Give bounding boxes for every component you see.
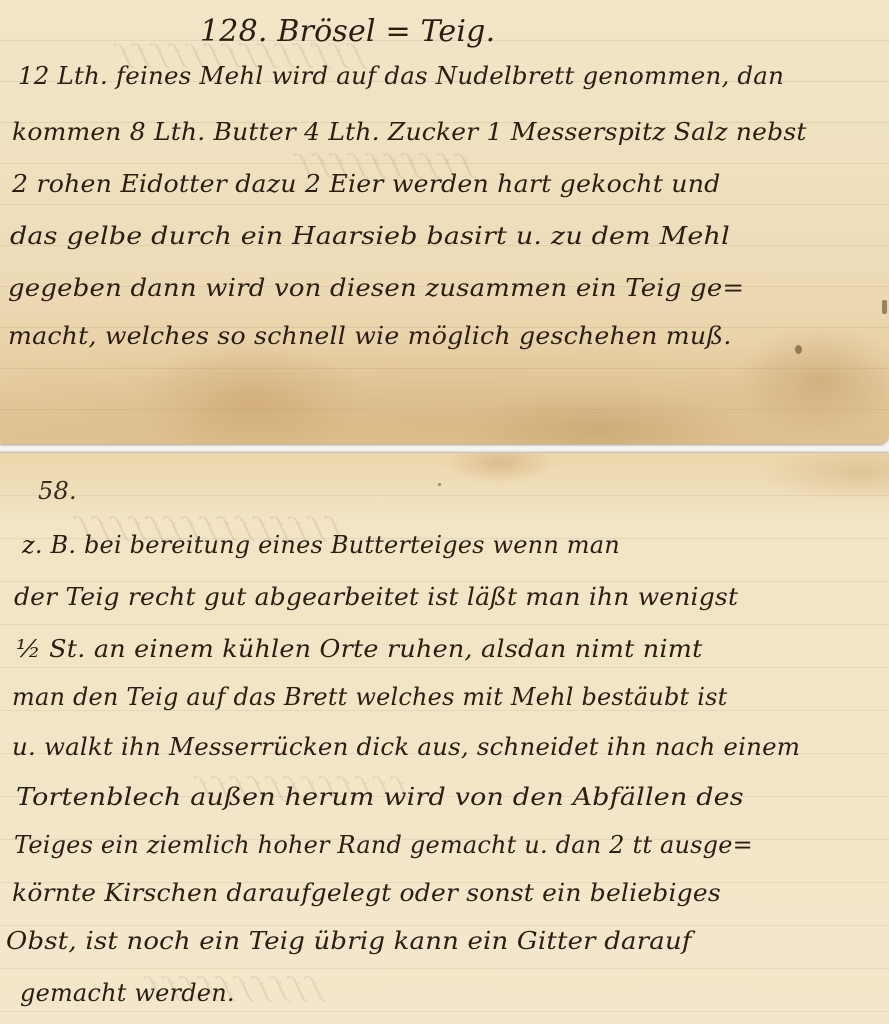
- recipe-line-1: 12 Lth. feines Mehl wird auf das Nudelbr…: [18, 62, 784, 90]
- recipe-line-10: gemacht werden.: [20, 979, 235, 1007]
- recipe-line-5: u. walkt ihn Messerrücken dick aus, schn…: [12, 733, 800, 761]
- page-number: 58.: [38, 477, 77, 505]
- recipe-line-5: gegeben dann wird von diesen zusammen ei…: [8, 274, 744, 302]
- recipe-line-1: z. B. bei bereitung eines Butterteiges w…: [22, 531, 620, 559]
- ink-dot: [438, 483, 441, 486]
- recipe-line-3: ½ St. an einem kühlen Orte ruhen, alsdan…: [16, 635, 703, 663]
- ink-blot: [882, 300, 887, 314]
- recipe-line-2: kommen 8 Lth. Butter 4 Lth. Zucker 1 Mes…: [12, 118, 807, 146]
- recipe-line-4: man den Teig auf das Brett welches mit M…: [12, 683, 727, 711]
- ink-blot: [795, 345, 802, 354]
- bottom-recipe-page: ſ ſ ſ ſ ſ ſ ſ ſ ſ ſ ſ ſ ſ ſ ſ ſ ſ ſ ſ ſ …: [0, 453, 889, 1024]
- recipe-heading: 128. Brösel = Teig.: [200, 14, 495, 49]
- top-recipe-page: ſ ſ ſ ſ ſ ſ ſ ſ ſ ſ ſ ſ ſ ſ ſ ſ ſ ſ ſ ſ …: [0, 0, 889, 444]
- recipe-line-3: 2 rohen Eidotter dazu 2 Eier werden hart…: [12, 170, 721, 198]
- recipe-line-2: der Teig recht gut abgearbeitet ist läßt…: [14, 583, 738, 611]
- recipe-line-9: Obst, ist noch ein Teig übrig kann ein G…: [6, 927, 692, 955]
- recipe-line-7: Teiges ein ziemlich hoher Rand gemacht u…: [14, 831, 753, 859]
- recipe-line-4: das gelbe durch ein Haarsieb basirt u. z…: [10, 222, 730, 250]
- recipe-line-6: macht, welches so schnell wie möglich ge…: [8, 322, 732, 350]
- recipe-line-6: Tortenblech außen herum wird von den Abf…: [16, 783, 744, 811]
- recipe-line-8: körnte Kirschen daraufgelegt oder sonst …: [12, 879, 721, 907]
